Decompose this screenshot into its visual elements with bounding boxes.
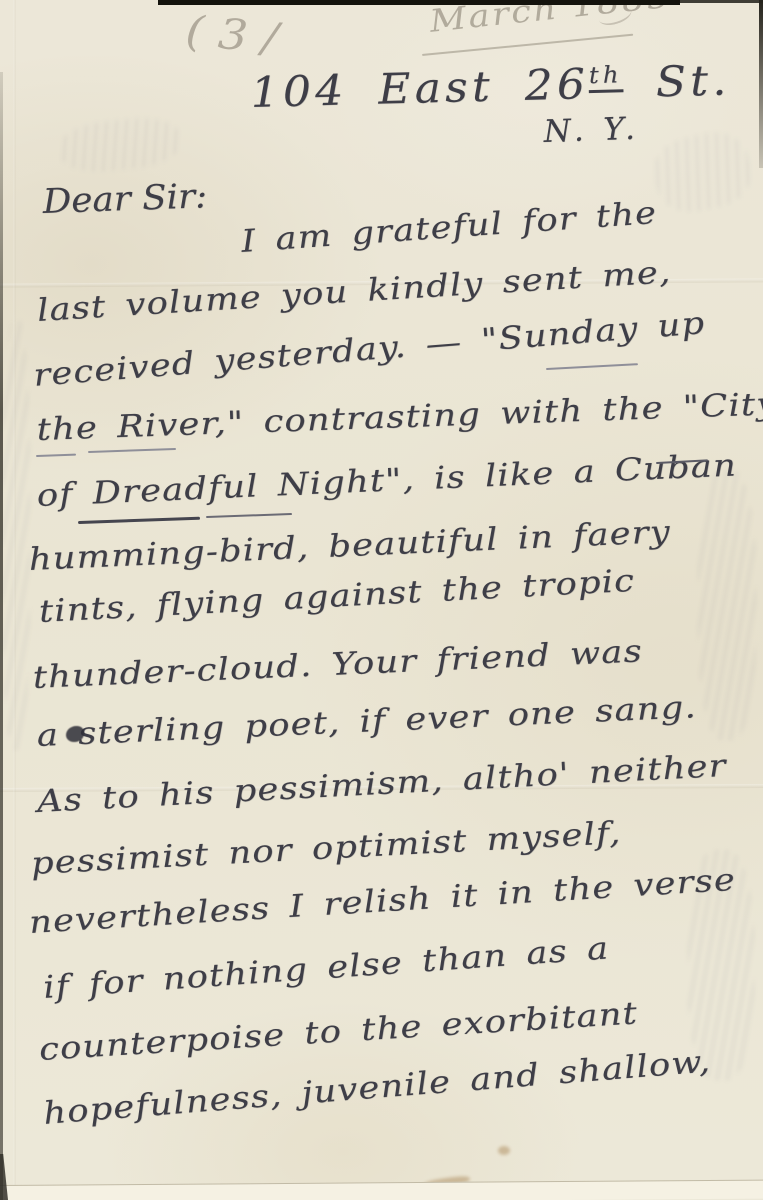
letter-line: thunder-cloud. Your friend was: [32, 633, 643, 696]
letter-line: As to his pessimism, altho' neither: [36, 748, 727, 820]
pencil-page-number: ( 3 /: [184, 6, 280, 63]
letter-line: I am grateful for the: [240, 195, 658, 260]
letter-scan: { "document_type": "Handwritten letter (…: [0, 0, 763, 1200]
pencil-date: March 1885: [428, 0, 673, 40]
address-street-suffix: St.: [624, 55, 731, 107]
bleed-through-smudge: [648, 126, 757, 219]
bleed-through-smudge: [698, 470, 756, 740]
underline-dreadful: [78, 517, 200, 524]
scan-edge-left: [0, 72, 3, 1200]
salutation: Dear Sir:: [42, 176, 208, 222]
letter-paper: ( 3 / March 1885 104 East 26th St. N. Y.…: [0, 0, 763, 1200]
letter-line: of Dreadful Night", is like a Cuban: [36, 447, 738, 514]
underline-sunday: [546, 363, 638, 370]
scan-edge-right: [759, 0, 763, 168]
letter-line: a sterling poet, if ever one sang.: [36, 689, 697, 754]
page-bottom-edge: [0, 1180, 763, 1200]
address-line: 104 East 26th St.: [250, 55, 731, 117]
scan-edge-bottom-left-corner: [0, 1154, 8, 1200]
stain-spot: [498, 1146, 510, 1155]
letter-line: if for nothing else than as a: [42, 930, 610, 1005]
letter-line: the River," contrasting with the "City: [36, 386, 763, 448]
bleed-through-smudge: [58, 114, 183, 176]
bleed-through-smudge: [2, 320, 30, 750]
scan-edge-top: [158, 0, 680, 5]
address-ordinal-superscript: th: [589, 62, 624, 93]
city-line: N. Y.: [543, 111, 640, 150]
scan-edge-top-right: [675, 0, 763, 3]
underline-river: [88, 448, 176, 453]
letter-line: pessimist nor optimist myself,: [30, 815, 622, 882]
address-text: 104 East 2: [250, 60, 557, 117]
underline-the: [36, 454, 76, 457]
address-digit: 6: [556, 59, 590, 109]
underline-night: [206, 513, 292, 518]
